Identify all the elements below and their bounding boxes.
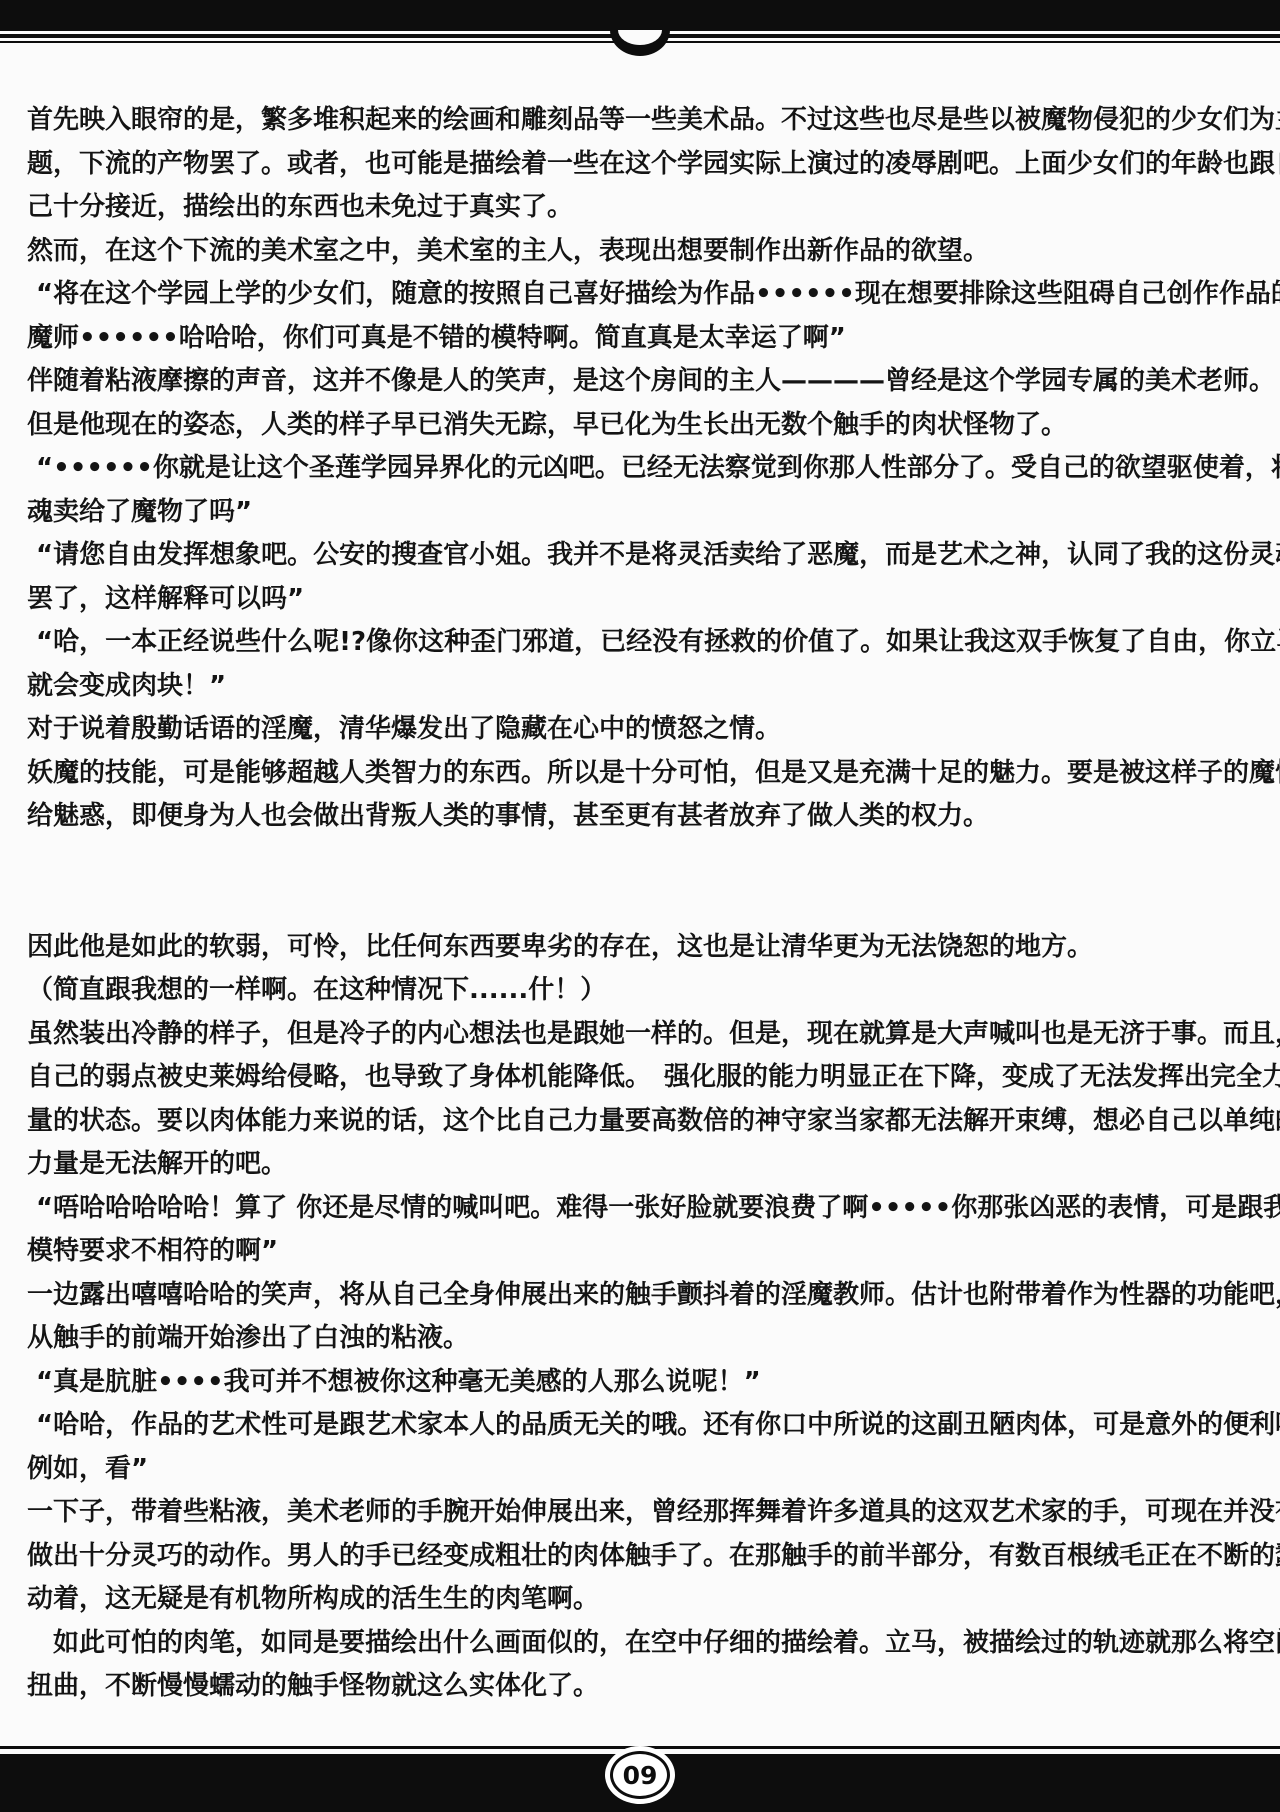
- text-line: “哈，一本正经说些什么呢!?像你这种歪门邪道，已经没有拯救的价值了。如果让我这双…: [27, 621, 1253, 665]
- text-line: 就会变成肉块！”: [27, 665, 1253, 709]
- text-line: （简直跟我想的一样啊。在这种情况下......什！）: [27, 969, 1253, 1013]
- text-line: 做出十分灵巧的动作。男人的手已经变成粗壮的肉体触手了。在那触手的前半部分，有数百…: [27, 1535, 1253, 1579]
- text-line: “••••••你就是让这个圣莲学园异界化的元凶吧。已经无法察觉到你那人性部分了。…: [27, 447, 1253, 491]
- text-line: 魔师••••••哈哈哈，你们可真是不错的模特啊。简直真是太幸运了啊”: [27, 317, 1253, 361]
- text-line: “哈哈，作品的艺术性可是跟艺术家本人的品质无关的哦。还有你口中所说的这副丑陋肉体…: [27, 1404, 1253, 1448]
- text-line: 己十分接近，描绘出的东西也未免过于真实了。: [27, 186, 1253, 230]
- text-line: 题，下流的产物罢了。或者，也可能是描绘着一些在这个学园实际上演过的凌辱剧吧。上面…: [27, 143, 1253, 187]
- text-line: 动着，这无疑是有机物所构成的活生生的肉笔啊。: [27, 1578, 1253, 1622]
- text-line: 因此他是如此的软弱，可怜，比任何东西要卑劣的存在，这也是让清华更为无法饶恕的地方…: [27, 926, 1253, 970]
- bottom-border-line: [0, 1746, 1280, 1749]
- text-line: 给魅惑，即便身为人也会做出背叛人类的事情，甚至更有甚者放弃了做人类的权力。: [27, 795, 1253, 839]
- text-line: 扭曲，不断慢慢蠕动的触手怪物就这么实体化了。: [27, 1665, 1253, 1709]
- text-line: 虽然装出冷静的样子，但是冷子的内心想法也是跟她一样的。但是，现在就算是大声喊叫也…: [27, 1013, 1253, 1057]
- page-number-badge: 09: [610, 1751, 670, 1799]
- text-line: 从触手的前端开始渗出了白浊的粘液。: [27, 1317, 1253, 1361]
- text-line: “唔哈哈哈哈哈！算了 你还是尽情的喊叫吧。难得一张好脸就要浪费了啊•••••你那…: [27, 1187, 1253, 1231]
- crescent-ornament-icon: [610, 30, 670, 56]
- text-line: 如此可怕的肉笔，如同是要描绘出什么画面似的，在空中仔细的描绘着。立马，被描绘过的…: [27, 1622, 1253, 1666]
- text-line: 自己的弱点被史莱姆给侵略，也导致了身体机能降低。 强化服的能力明显正在下降，变成…: [27, 1056, 1253, 1100]
- text-line: 魂卖给了魔物了吗”: [27, 491, 1253, 535]
- text-line: 一边露出嘻嘻哈哈的笑声，将从自己全身伸展出来的触手颤抖着的淫魔教师。估计也附带着…: [27, 1274, 1253, 1318]
- top-border-band: [0, 0, 1280, 31]
- text-line: “将在这个学园上学的少女们，随意的按照自己喜好描绘为作品••••••现在想要排除…: [27, 273, 1253, 317]
- text-line: 模特要求不相符的啊”: [27, 1230, 1253, 1274]
- blank-line: [27, 839, 1253, 883]
- text-line: 力量是无法解开的吧。: [27, 1143, 1253, 1187]
- text-line: 首先映入眼帘的是，繁多堆积起来的绘画和雕刻品等一些美术品。不过这些也尽是些以被魔…: [27, 99, 1253, 143]
- novel-text: 首先映入眼帘的是，繁多堆积起来的绘画和雕刻品等一些美术品。不过这些也尽是些以被魔…: [27, 99, 1253, 1709]
- text-line: “请您自由发挥想象吧。公安的搜查官小姐。我并不是将灵活卖给了恶魔，而是艺术之神，…: [27, 534, 1253, 578]
- text-line: 妖魔的技能，可是能够超越人类智力的东西。所以是十分可怕，但是又是充满十足的魅力。…: [27, 752, 1253, 796]
- text-line: 伴随着粘液摩擦的声音，这并不像是人的笑声，是这个房间的主人————曾经是这个学园…: [27, 360, 1253, 404]
- text-line: 对于说着殷勤话语的淫魔，清华爆发出了隐藏在心中的愤怒之情。: [27, 708, 1253, 752]
- text-line: 一下子，带着些粘液，美术老师的手腕开始伸展出来，曾经那挥舞着许多道具的这双艺术家…: [27, 1491, 1253, 1535]
- text-line: 量的状态。要以肉体能力来说的话，这个比自己力量要高数倍的神守家当家都无法解开束缚…: [27, 1100, 1253, 1144]
- blank-line: [27, 882, 1253, 926]
- text-line: 罢了，这样解释可以吗”: [27, 578, 1253, 622]
- text-line: 但是他现在的姿态，人类的样子早已消失无踪，早已化为生长出无数个触手的肉状怪物了。: [27, 404, 1253, 448]
- text-line: 然而，在这个下流的美术室之中，美术室的主人，表现出想要制作出新作品的欲望。: [27, 230, 1253, 274]
- page-number: 09: [623, 1761, 658, 1790]
- text-line: 例如，看”: [27, 1448, 1253, 1492]
- text-line: “真是肮脏••••我可并不想被你这种毫无美感的人那么说呢！”: [27, 1361, 1253, 1405]
